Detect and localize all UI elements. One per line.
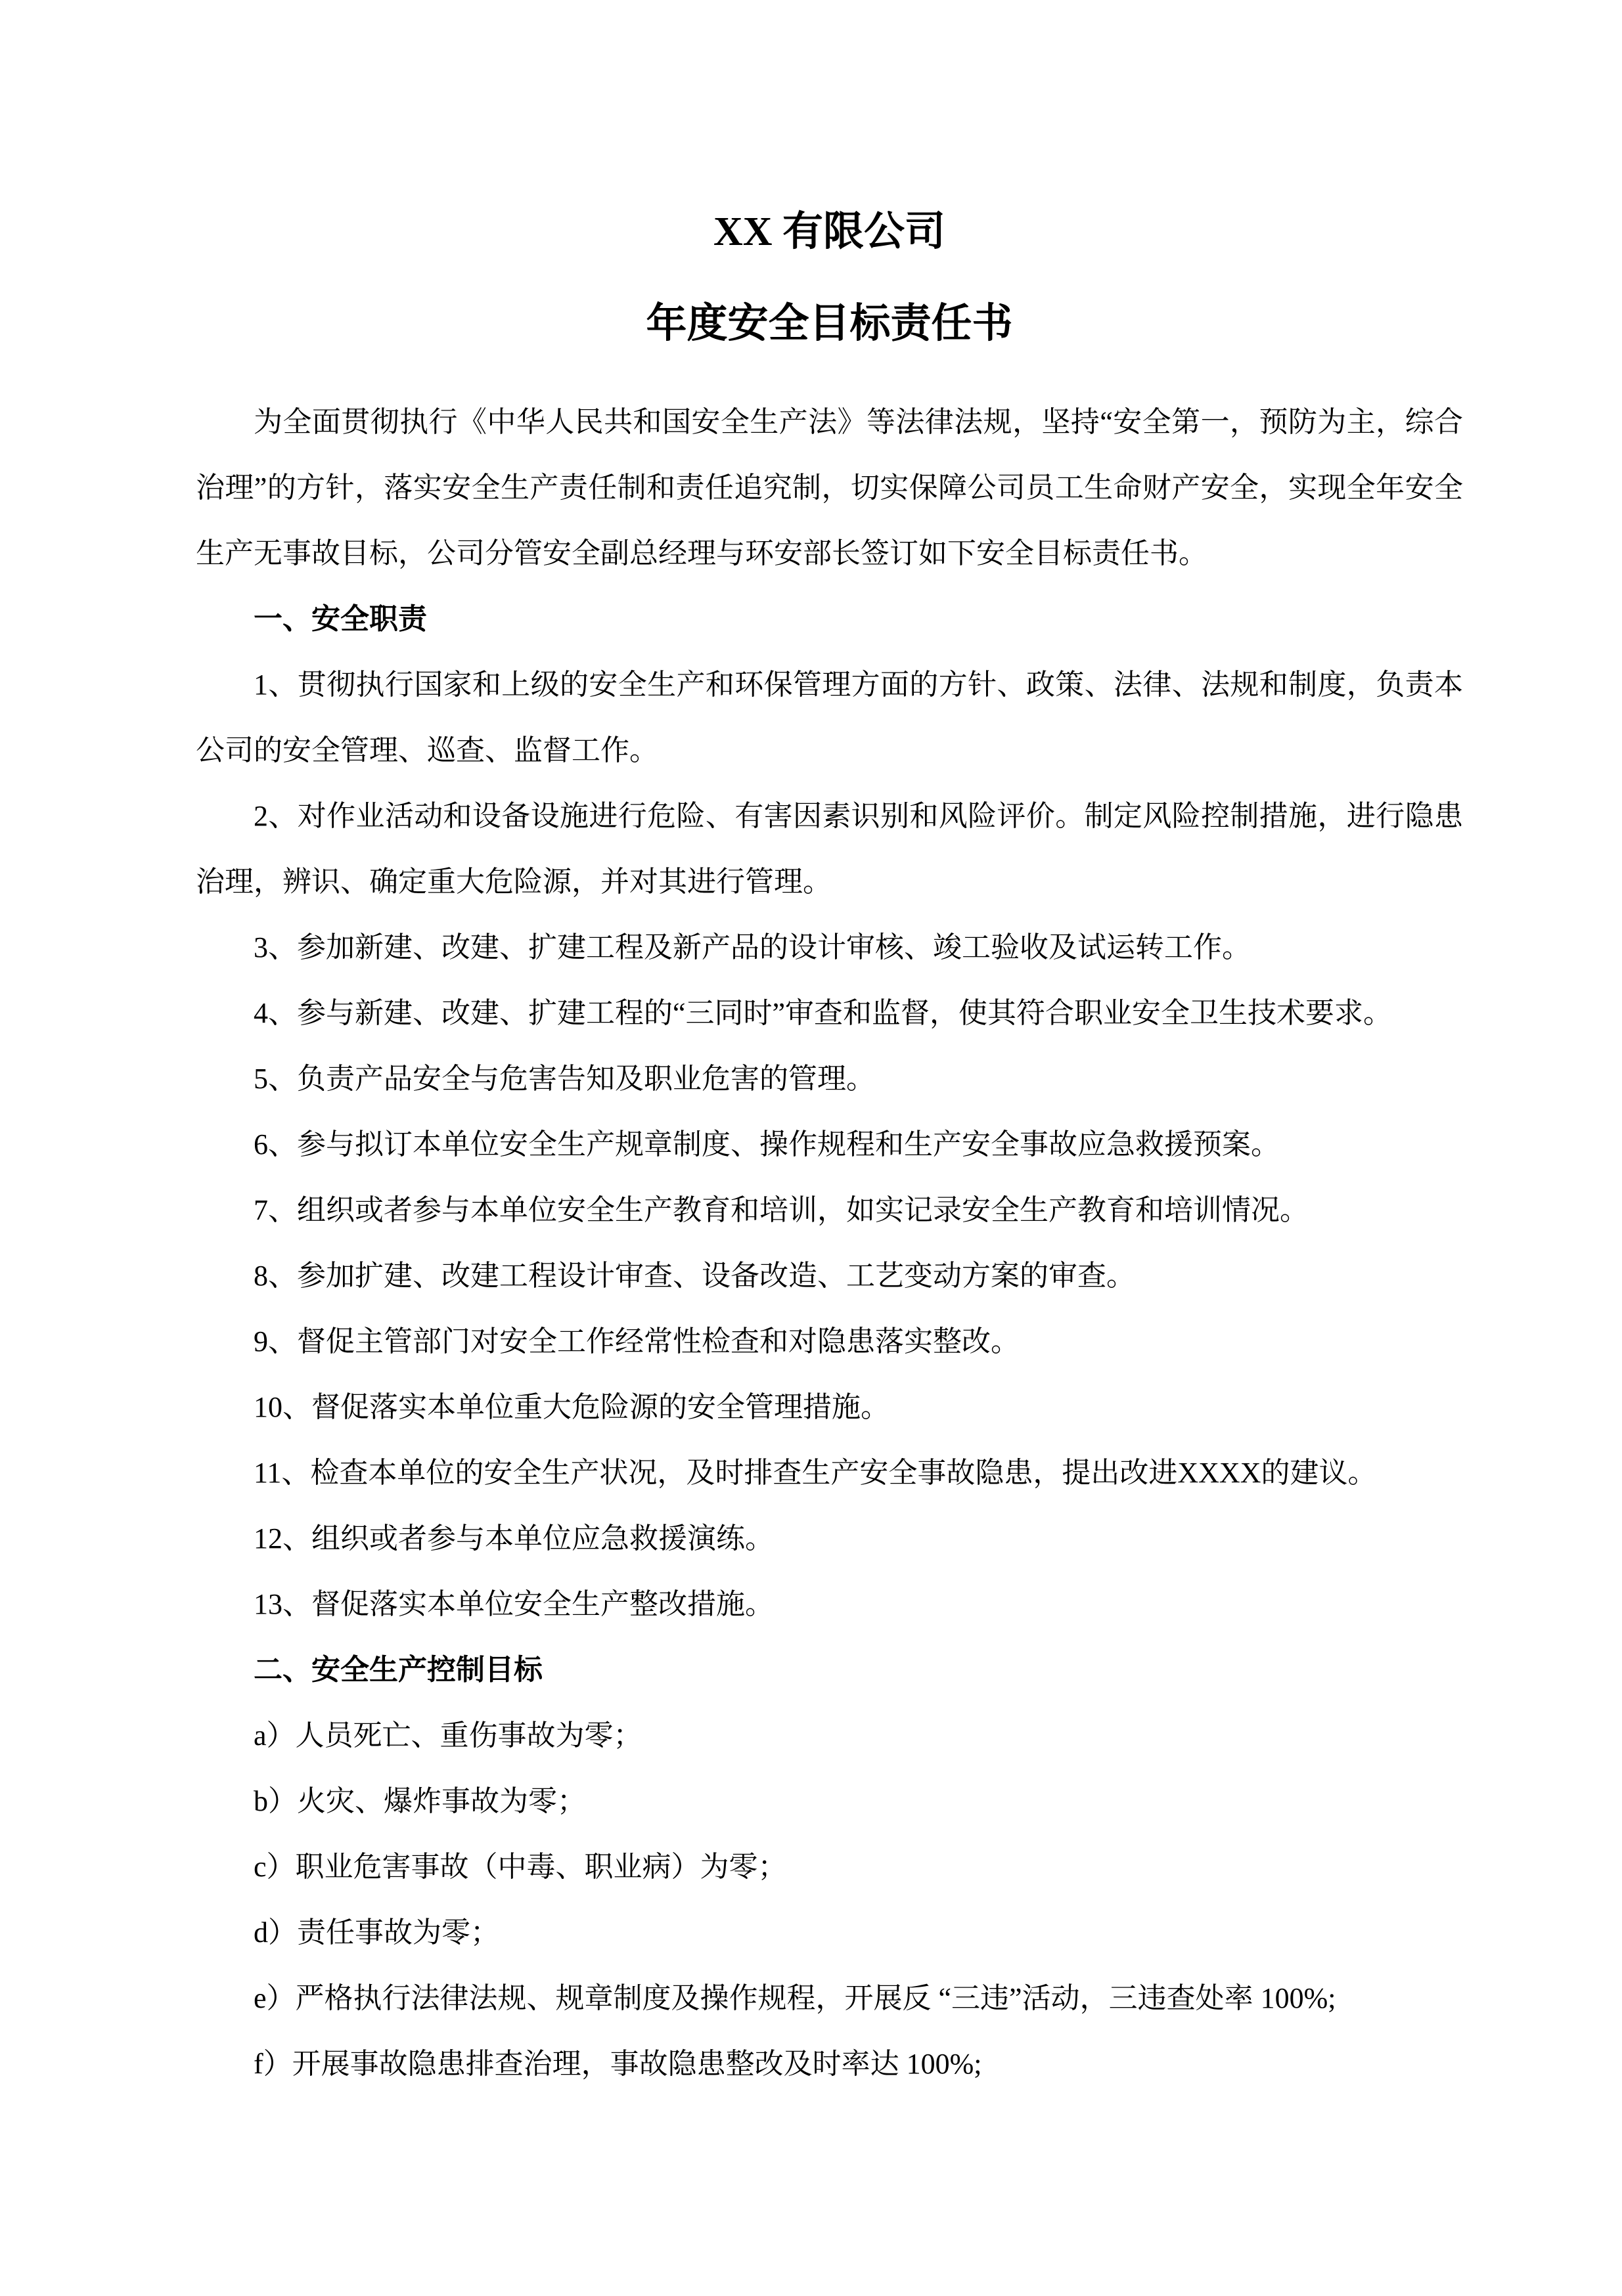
list-item: d）责任事故为零； bbox=[196, 1900, 1463, 1966]
list-item: f）开展事故隐患排查治理，事故隐患整改及时率达 100%; bbox=[196, 2031, 1463, 2097]
section-1-items: 1、贯彻执行国家和上级的安全生产和环保管理方面的方针、政策、法律、法规和制度，负… bbox=[196, 652, 1463, 1637]
list-item: 10、督促落实本单位重大危险源的安全管理措施。 bbox=[196, 1375, 1463, 1440]
document-body: 为全面贯彻执行《中华人民共和国安全生产法》等法律法规，坚持“安全第一，预防为主，… bbox=[196, 389, 1463, 2097]
list-item: 11、检查本单位的安全生产状况，及时排查生产安全事故隐患，提出改进XXXX的建议… bbox=[196, 1440, 1463, 1506]
document-page: XX 有限公司 年度安全目标责任书 为全面贯彻执行《中华人民共和国安全生产法》等… bbox=[0, 0, 1622, 2296]
section-2-items: a）人员死亡、重伤事故为零；b）火灾、爆炸事故为零；c）职业危害事故（中毒、职业… bbox=[196, 1703, 1463, 2097]
list-item: 12、组织或者参与本单位应急救援演练。 bbox=[196, 1506, 1463, 1572]
list-item: b）火灾、爆炸事故为零； bbox=[196, 1769, 1463, 1834]
list-item: 1、贯彻执行国家和上级的安全生产和环保管理方面的方针、政策、法律、法规和制度，负… bbox=[196, 652, 1463, 784]
document-title-line1: XX 有限公司 bbox=[196, 186, 1463, 278]
document-title-line2: 年度安全目标责任书 bbox=[196, 278, 1463, 370]
list-item: 6、参与拟订本单位安全生产规章制度、操作规程和生产安全事故应急救援预案。 bbox=[196, 1112, 1463, 1178]
list-item: 2、对作业活动和设备设施进行危险、有害因素识别和风险评价。制定风险控制措施，进行… bbox=[196, 784, 1463, 915]
list-item: a）人员死亡、重伤事故为零； bbox=[196, 1703, 1463, 1769]
intro-paragraph: 为全面贯彻执行《中华人民共和国安全生产法》等法律法规，坚持“安全第一，预防为主，… bbox=[196, 389, 1463, 586]
list-item: 13、督促落实本单位安全生产整改措施。 bbox=[196, 1572, 1463, 1637]
list-item: 5、负责产品安全与危害告知及职业危害的管理。 bbox=[196, 1046, 1463, 1112]
section-1-heading: 一、安全职责 bbox=[196, 586, 1463, 652]
list-item: 7、组织或者参与本单位安全生产教育和培训，如实记录安全生产教育和培训情况。 bbox=[196, 1178, 1463, 1243]
section-2-heading: 二、安全生产控制目标 bbox=[196, 1637, 1463, 1703]
list-item: 3、参加新建、改建、扩建工程及新产品的设计审核、竣工验收及试运转工作。 bbox=[196, 915, 1463, 981]
list-item: e）严格执行法律法规、规章制度及操作规程，开展反 “三违”活动，三违查处率 10… bbox=[196, 1966, 1463, 2031]
list-item: 4、参与新建、改建、扩建工程的“三同时”审查和监督，使其符合职业安全卫生技术要求… bbox=[196, 981, 1463, 1046]
list-item: 8、参加扩建、改建工程设计审查、设备改造、工艺变动方案的审查。 bbox=[196, 1243, 1463, 1309]
list-item: 9、督促主管部门对安全工作经常性检查和对隐患落实整改。 bbox=[196, 1309, 1463, 1375]
list-item: c）职业危害事故（中毒、职业病）为零； bbox=[196, 1834, 1463, 1900]
